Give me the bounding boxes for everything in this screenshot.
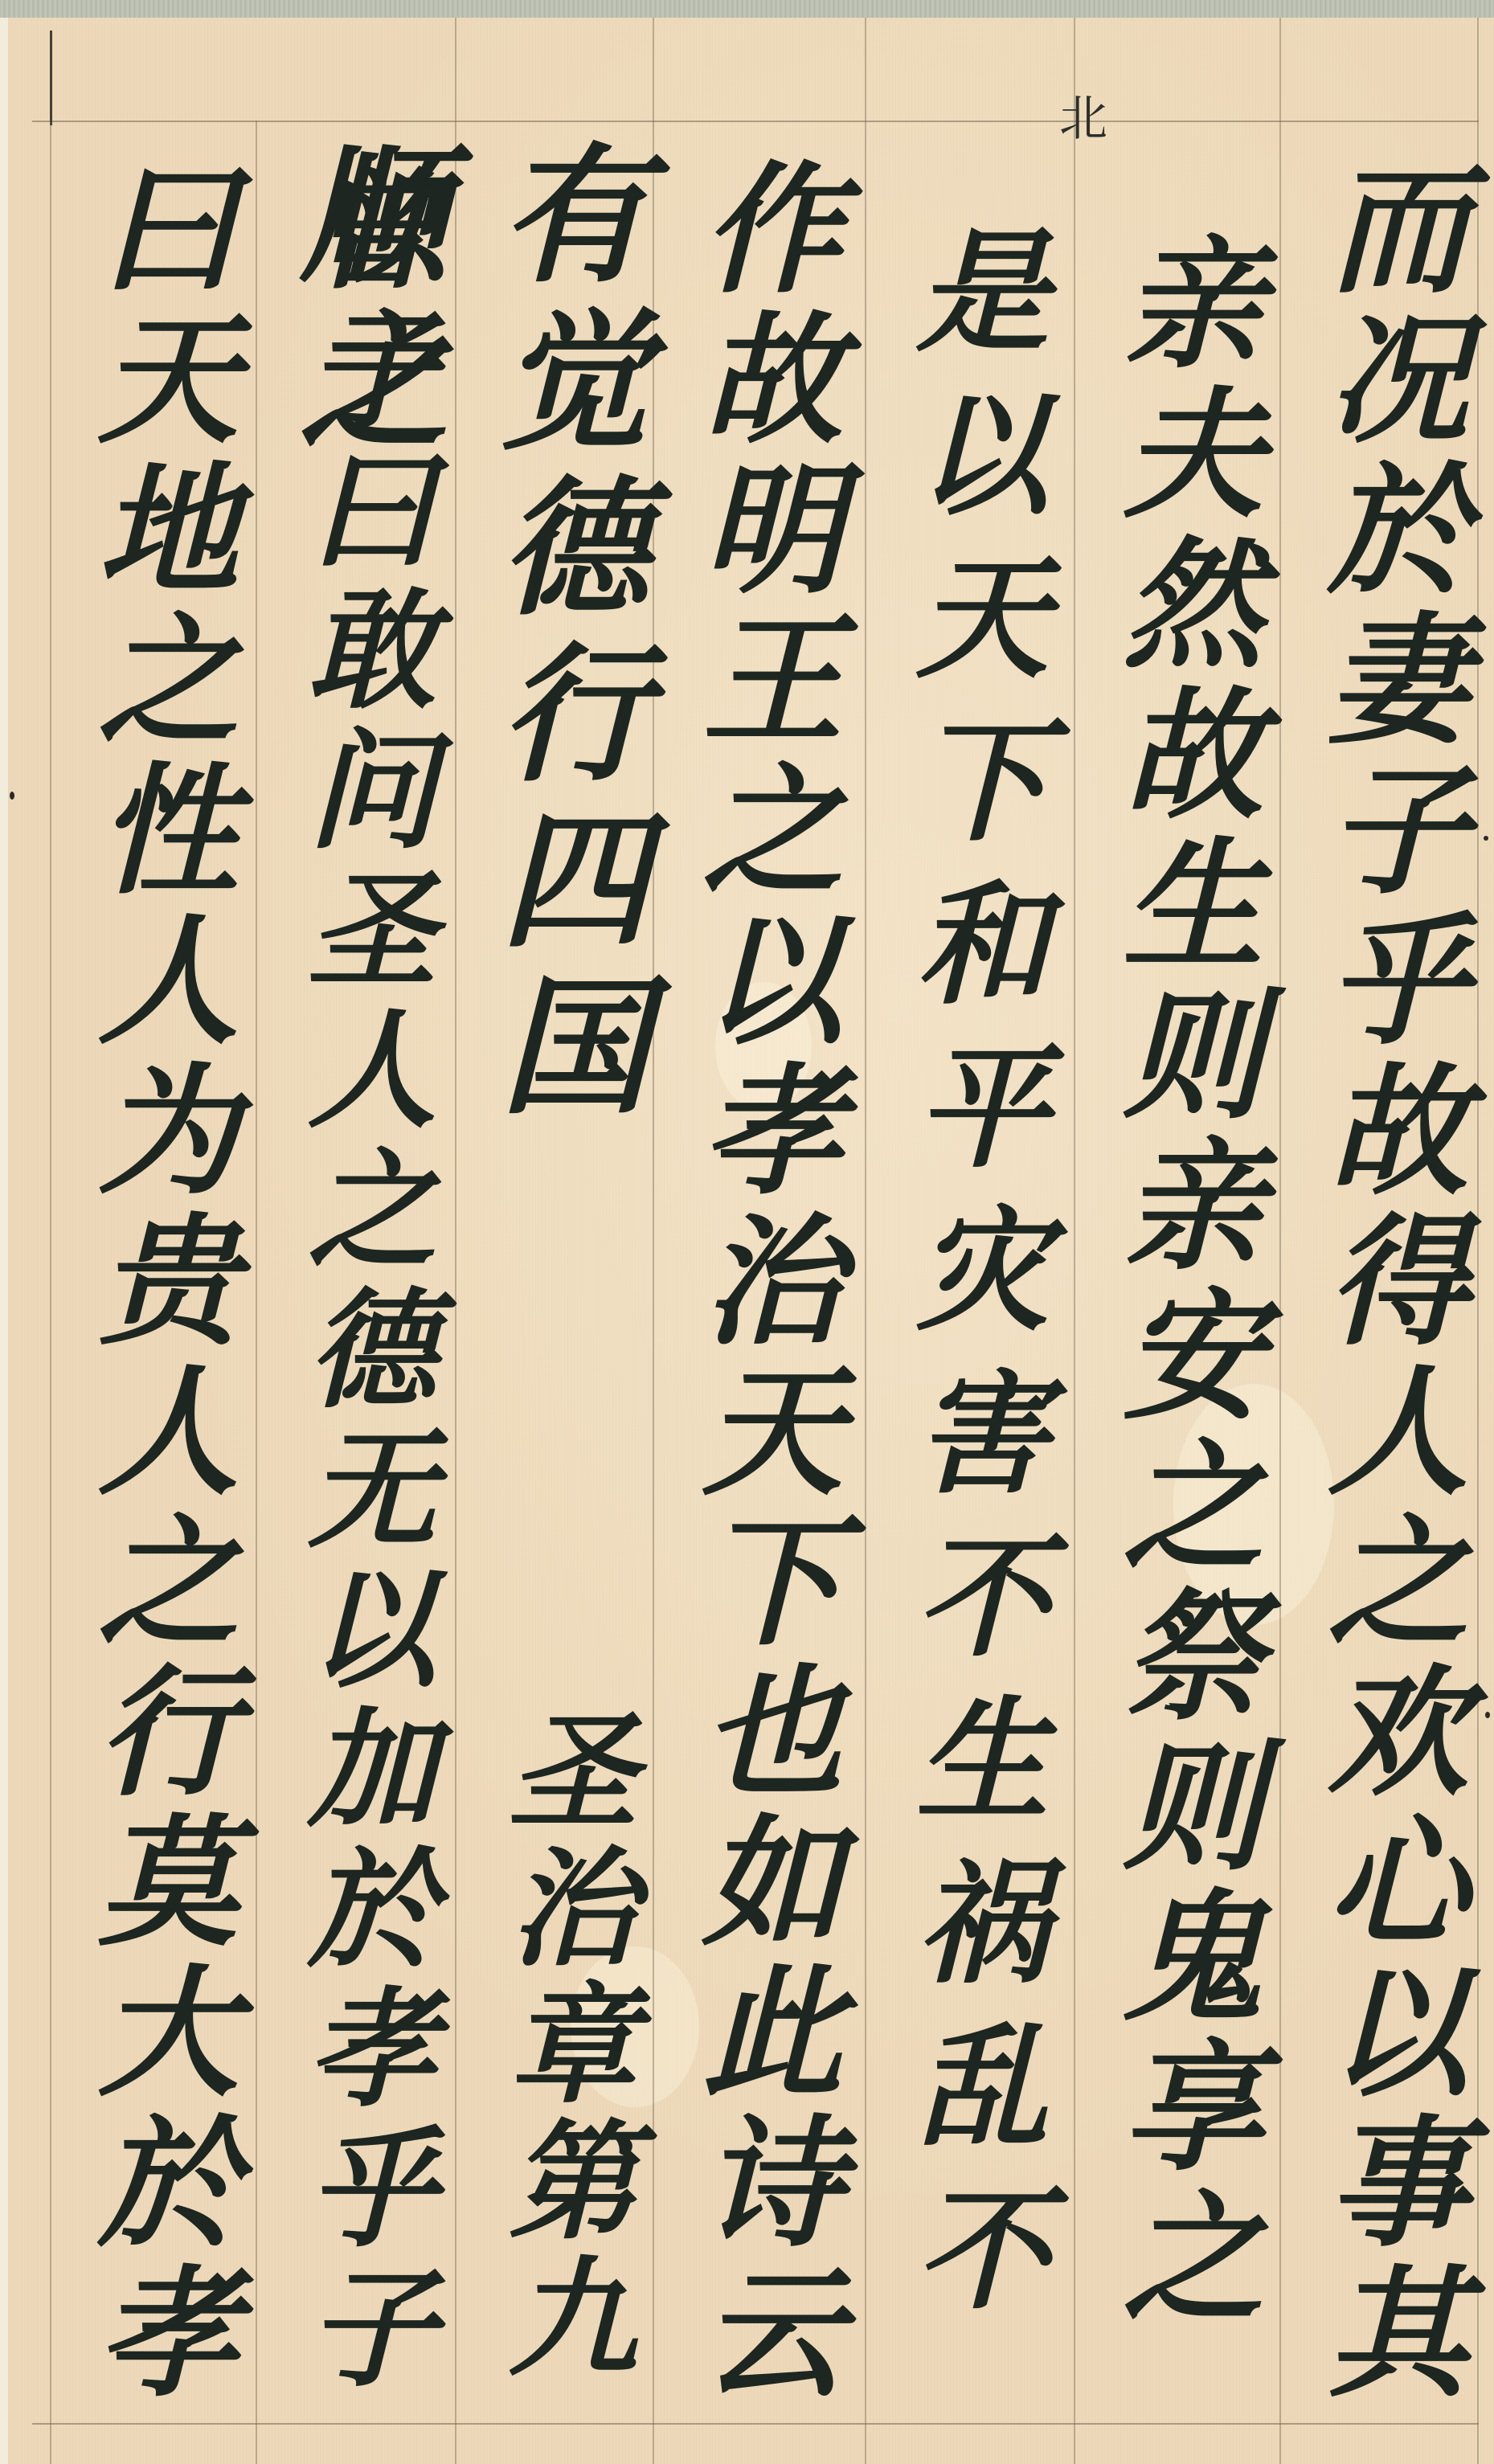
- calligraphy-column-7: 曰天地之性人为贵人之行莫大於孝: [56, 137, 257, 2427]
- chapter-heading: 圣治章第九: [462, 1704, 663, 2419]
- calligraphy-column-2: 亲夫然故生则亲安之祭则鬼享之: [1081, 137, 1282, 2427]
- calligraphy-column-6: 曾子曰敢问圣人之德无以加於孝乎子: [261, 137, 462, 2427]
- calligraphy-column-1: 而况於妻子乎故得人之欢心以事其: [1286, 137, 1487, 2427]
- column-text: 亲夫然故生则亲安之祭则鬼享之: [1081, 230, 1282, 2334]
- margin-stroke-mark: [50, 31, 52, 125]
- column-text: 而况於妻子乎故得人之欢心以事其: [1286, 155, 1487, 2409]
- column-text: 作故明王之以孝治天下也如此诗云: [661, 155, 862, 2409]
- column-rule-line: [865, 18, 866, 2464]
- ink-speck: [1484, 836, 1488, 841]
- column-text: 是以天下和平灾害不生祸乱不: [872, 222, 1073, 2343]
- silk-mounting-band: [0, 0, 1494, 18]
- column-text: 曾子曰敢问圣人之德无以加於孝乎子: [261, 163, 462, 2401]
- column-text: 曰天地之性人为贵人之行莫大於孝: [56, 155, 257, 2409]
- calligraphy-column-3: 是以天下和平灾害不生祸乱不: [872, 137, 1073, 2427]
- top-ruling-line: [32, 121, 1479, 122]
- column-rule-line: [50, 121, 51, 2464]
- ink-speck: [10, 792, 14, 800]
- ink-speck: [1485, 1712, 1490, 1718]
- calligraphy-column-4: 作故明王之以孝治天下也如此诗云: [661, 137, 862, 2427]
- column-rule-line: [1074, 18, 1075, 2464]
- scroll-left-edge: [0, 18, 8, 2464]
- calligraphy-column-5: 有觉德行四国顺之: [462, 137, 663, 1222]
